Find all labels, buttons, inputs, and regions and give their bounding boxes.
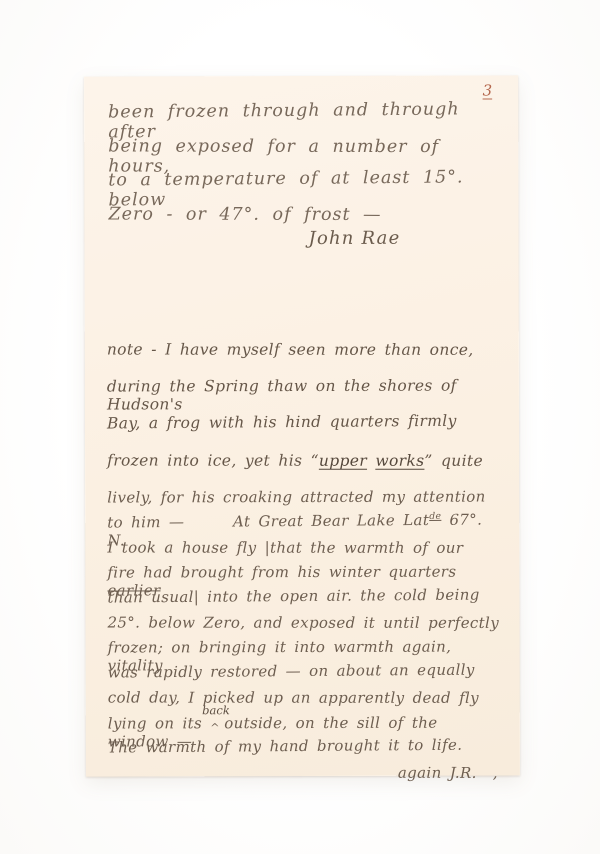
handwritten-line: frozen into ice, yet his “upper works” q…	[107, 452, 503, 489]
text-segment	[367, 452, 375, 470]
page-number: 3	[483, 82, 493, 100]
signoff: again J.R.,	[108, 764, 504, 789]
text-segment: lying on its	[108, 714, 210, 732]
handwritten-line: I took a house fly |that the warmth of o…	[107, 539, 503, 564]
note-block: note - I have myself seen more than once…	[107, 339, 504, 788]
handwritten-line: note - I have myself seen more than once…	[107, 341, 503, 378]
photo-background: 3 been frozen through and through after …	[0, 0, 600, 854]
handwritten-line: Zero - or 47°. of frost —	[108, 205, 500, 240]
manuscript-page: 3 been frozen through and through after …	[84, 75, 520, 776]
handwritten-line: to him — At Great Bear Lake Latde 67°. N…	[107, 510, 503, 538]
handwritten-line: lying on its back^outside, on the sill o…	[108, 712, 504, 738]
stray-ink-mark: ,	[493, 764, 498, 782]
opening-block: been frozen through and through after be…	[108, 101, 500, 238]
text-segment: frozen into ice, yet his “	[107, 452, 319, 470]
handwritten-line: Bay, a frog with his hind quarters firml…	[107, 411, 503, 451]
underlined-word: upper	[319, 452, 367, 470]
insertion: back^	[210, 713, 224, 728]
caret-insertion-mark: ^	[210, 721, 220, 734]
handwritten-line: fire had brought from his winter quarter…	[107, 562, 503, 588]
superscript-abbreviation: de	[429, 511, 441, 522]
handwritten-line: was rapidly restored — on about an equal…	[108, 660, 504, 688]
handwritten-line: than usual| into the open air. the cold …	[107, 585, 503, 613]
handwritten-line: being exposed for a number of hours,	[108, 137, 500, 172]
handwritten-line: The warmth of my hand brought it to life…	[108, 735, 504, 763]
handwritten-line: during the Spring thaw on the shores of …	[107, 376, 503, 414]
inserted-word: back	[202, 703, 230, 717]
handwritten-line: cold day, I picked up an apparently dead…	[108, 689, 504, 714]
handwritten-line: been frozen through and through after	[108, 99, 500, 136]
signoff-text: again J.R.	[398, 764, 477, 782]
text-segment: ” quite	[424, 452, 483, 470]
signature-john-rae: John Rae	[308, 228, 400, 249]
handwritten-line: lively, for his croaking attracted my at…	[107, 487, 503, 513]
handwritten-line: frozen; on bringing it into warmth again…	[108, 637, 504, 663]
text-segment: to him — At Great Bear Lake Lat	[107, 511, 429, 532]
handwritten-line: 25°. below Zero, and exposed it until pe…	[108, 614, 504, 639]
handwritten-line: to a temperature of at least 15°. below	[108, 167, 500, 204]
text-segment: fire had brought from his winter quarter…	[107, 563, 464, 582]
underlined-word: works	[375, 452, 424, 470]
